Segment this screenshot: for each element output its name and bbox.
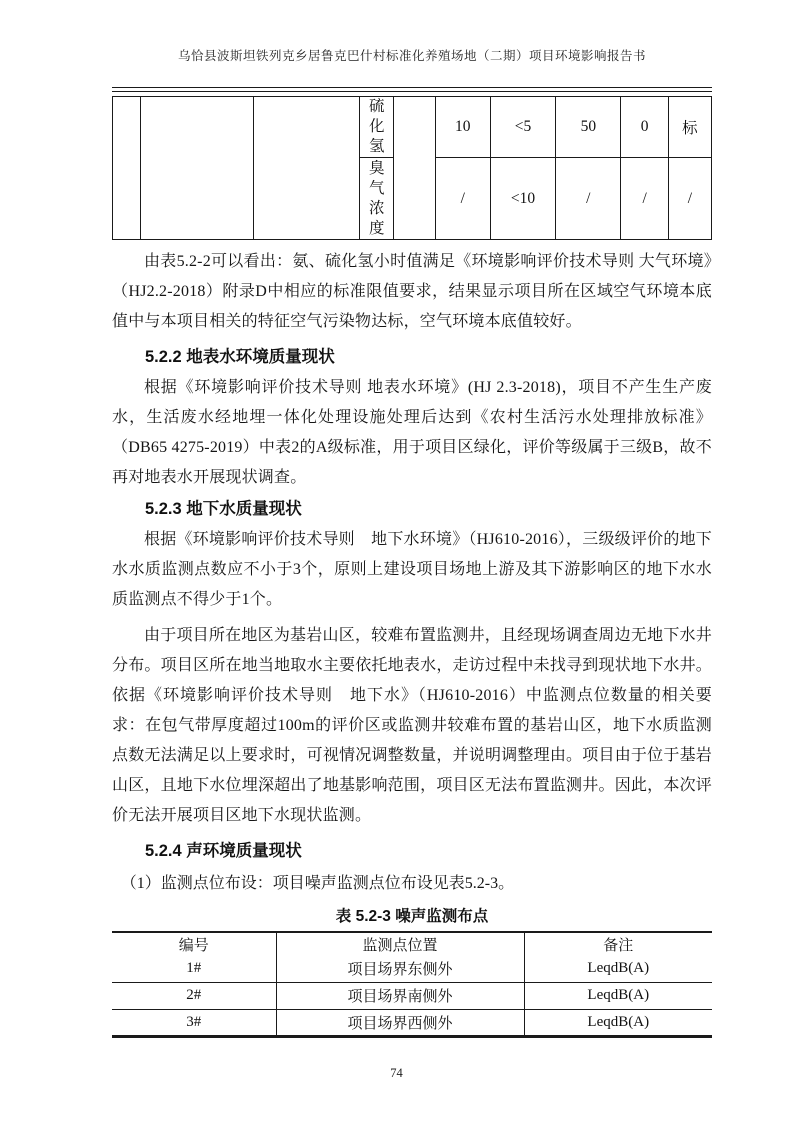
paragraph-air-conclusion: 由表5.2-2可以看出：氨、硫化氢小时值满足《环境影响评价技术导则 大气环境》（…	[112, 247, 712, 337]
paragraph-surface-water: 根据《环境影响评价技术导则 地表水环境》(HJ 2.3-2018)，项目不产生生…	[112, 373, 712, 493]
table-header-row: 编号 监测点位置 备注	[112, 932, 712, 955]
noise-monitoring-table: 编号 监测点位置 备注 1# 项目场界东侧外 LeqdB(A) 2# 项目场界南…	[112, 931, 712, 1038]
report-title: 乌恰县波斯坦铁列克乡居鲁克巴什村标准化养殖场地（二期）项目环境影响报告书	[112, 0, 712, 65]
table-row: 硫化氢 10 <5 50 0 标	[113, 97, 712, 158]
point-note: LeqdB(A)	[524, 982, 712, 1009]
empty-cell	[113, 97, 141, 240]
value-cell: 10	[435, 97, 490, 158]
point-location: 项目场界西侧外	[276, 1009, 524, 1036]
empty-cell	[394, 97, 435, 240]
pollutant-vertical-label: 臭气浓度	[368, 159, 385, 239]
column-header-note: 备注	[524, 932, 712, 955]
document-page: 乌恰县波斯坦铁列克乡居鲁克巴什村标准化养殖场地（二期）项目环境影响报告书 硫化氢	[0, 0, 793, 1122]
section-heading-5-2-3: 5.2.3 地下水质量现状	[112, 495, 712, 523]
value-cell: <5	[490, 97, 555, 158]
pollutant-vertical-label: 硫化氢	[368, 97, 385, 157]
pollutant-cell: 臭气浓度	[360, 158, 394, 240]
point-location: 项目场界南侧外	[276, 982, 524, 1009]
section-heading-5-2-2: 5.2.2 地表水环境质量现状	[112, 343, 712, 371]
point-id: 2#	[112, 982, 276, 1009]
point-note: LeqdB(A)	[524, 955, 712, 982]
air-quality-table-continued: 硫化氢 10 <5 50 0 标 臭气浓度 / <10 / /	[112, 96, 712, 240]
value-cell: /	[435, 158, 490, 240]
table-row: 3# 项目场界西侧外 LeqdB(A)	[112, 1009, 712, 1036]
header-double-rule	[112, 87, 712, 92]
point-location: 项目场界东侧外	[276, 955, 524, 982]
empty-cell	[253, 97, 360, 240]
value-cell: /	[556, 158, 621, 240]
paragraph-groundwater-requirement: 根据《环境影响评价技术导则 地下水环境》（HJ610-2016），三级级评价的地…	[112, 525, 712, 615]
empty-cell	[141, 97, 254, 240]
point-id: 1#	[112, 955, 276, 982]
value-cell: 0	[621, 97, 668, 158]
table-row: 2# 项目场界南侧外 LeqdB(A)	[112, 982, 712, 1009]
section-heading-5-2-4: 5.2.4 声环境质量现状	[112, 837, 712, 865]
value-cell: <10	[490, 158, 555, 240]
column-header-location: 监测点位置	[276, 932, 524, 955]
value-cell: /	[621, 158, 668, 240]
table-row: 1# 项目场界东侧外 LeqdB(A)	[112, 955, 712, 982]
column-header-id: 编号	[112, 932, 276, 955]
point-id: 3#	[112, 1009, 276, 1036]
pollutant-cell: 硫化氢	[360, 97, 394, 158]
value-cell: /	[668, 158, 711, 240]
paragraph-noise-monitoring-intro: （1）监测点位布设：项目噪声监测点位布设见表5.2-3。	[112, 869, 712, 899]
noise-table-caption: 表 5.2-3 噪声监测布点	[112, 906, 712, 928]
page-number: 74	[0, 1066, 793, 1081]
value-cell: 50	[556, 97, 621, 158]
paragraph-groundwater-situation: 由于项目所在地区为基岩山区，较难布置监测井，且经现场调查周边无地下水井分布。项目…	[112, 621, 712, 831]
note-cell: 标	[668, 97, 711, 158]
point-note: LeqdB(A)	[524, 1009, 712, 1036]
content-area: 乌恰县波斯坦铁列克乡居鲁克巴什村标准化养殖场地（二期）项目环境影响报告书 硫化氢	[112, 0, 712, 1038]
